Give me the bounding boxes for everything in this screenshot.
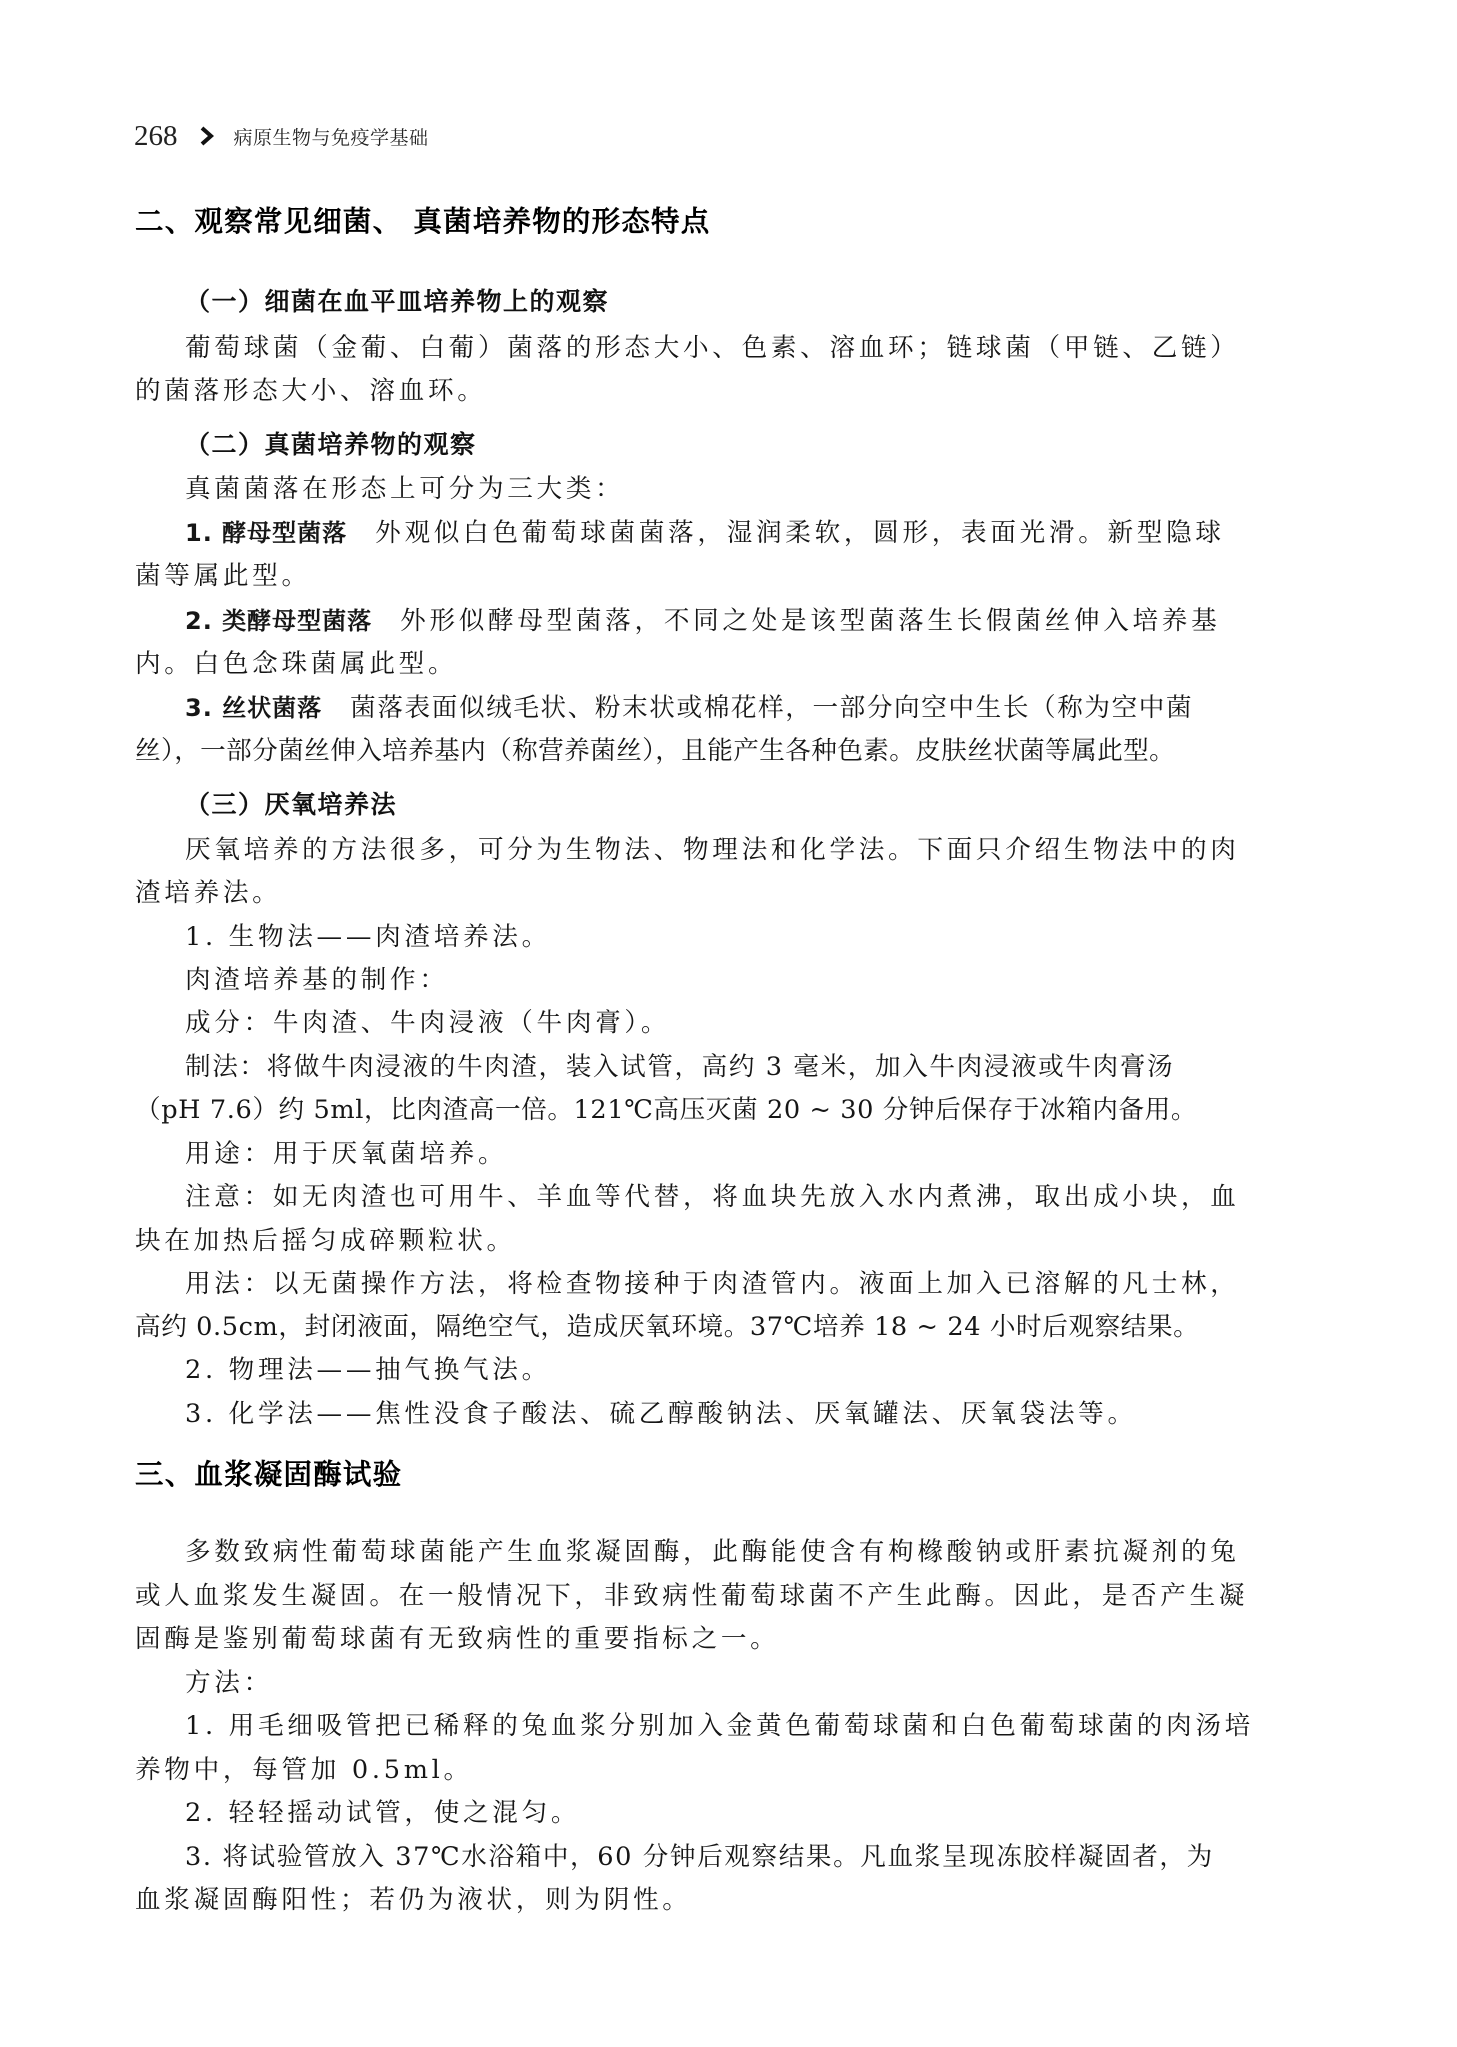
paragraph-line: 血浆凝固酶阳性；若仍为液状，则为阴性。 (135, 1880, 1257, 1920)
paragraph-line: 肉渣培养基的制作： (185, 960, 1257, 1000)
list-term: 3. 丝状菌落 (185, 694, 322, 722)
list-term: 1. 酵母型菌落 (185, 519, 347, 547)
section-heading-2: 二、观察常见细菌、 真菌培养物的形态特点 (135, 202, 710, 242)
paragraph-line: 2. 轻轻摇动试管，使之混匀。 (185, 1793, 1257, 1833)
paragraph-line: 制法：将做牛肉浸液的牛肉渣，装入试管，高约 3 毫米，加入牛肉浸液或牛肉膏汤 (185, 1047, 1257, 1087)
paragraph-line: （pH 7.6）约 5ml，比肉渣高一倍。121℃高压灭菌 20 ~ 30 分钟… (135, 1090, 1257, 1130)
list-item-yeast: 1. 酵母型菌落外观似白色葡萄球菌菌落，湿润柔软，圆形，表面光滑。新型隐球 (185, 513, 1257, 553)
paragraph-line: 固酶是鉴别葡萄球菌有无致病性的重要指标之一。 (135, 1619, 1257, 1659)
list-item-filamentous: 3. 丝状菌落菌落表面似绒毛状、粉末状或棉花样，一部分向空中生长（称为空中菌 (185, 688, 1257, 728)
paragraph-line: 菌等属此型。 (135, 556, 1257, 596)
paragraph-line: 方法： (185, 1663, 1257, 1703)
paragraph-line: 块在加热后摇匀成碎颗粒状。 (135, 1221, 1257, 1261)
paragraph-line: 葡萄球菌（金葡、白葡）菌落的形态大小、色素、溶血环；链球菌（甲链、乙链） (185, 328, 1257, 368)
paragraph-line: 高约 0.5cm，封闭液面，隔绝空气，造成厌氧环境。37℃培养 18 ~ 24 … (135, 1307, 1257, 1347)
document-page: 268 病原生物与免疫学基础 二、观察常见细菌、 真菌培养物的形态特点 （一）细… (0, 0, 1457, 2047)
paragraph-line: 渣培养法。 (135, 873, 1257, 913)
paragraph-line: 注意：如无肉渣也可用牛、羊血等代替，将血块先放入水内煮沸，取出成小块，血 (185, 1177, 1257, 1217)
paragraph-line: 3. 将试验管放入 37℃水浴箱中，60 分钟后观察结果。凡血浆呈现冻胶样凝固者… (185, 1837, 1257, 1877)
subsection-heading-2: （二）真菌培养物的观察 (185, 425, 477, 465)
paragraph-line: 内。白色念珠菌属此型。 (135, 644, 1257, 684)
section-heading-3: 三、血浆凝固酶试验 (135, 1455, 402, 1495)
paragraph-line: 厌氧培养的方法很多，可分为生物法、物理法和化学法。下面只介绍生物法中的肉 (185, 830, 1257, 870)
book-title: 病原生物与免疫学基础 (234, 123, 429, 150)
paragraph-line: 用途：用于厌氧菌培养。 (185, 1134, 1257, 1174)
paragraph-line: 3. 化学法——焦性没食子酸法、硫乙醇酸钠法、厌氧罐法、厌氧袋法等。 (185, 1394, 1257, 1434)
chevron-right-icon (200, 126, 214, 146)
running-head: 268 病原生物与免疫学基础 (134, 118, 429, 154)
paragraph-line: 真菌菌落在形态上可分为三大类： (185, 469, 1257, 509)
paragraph-line: 丝），一部分菌丝伸入培养基内（称营养菌丝），且能产生各种色素。皮肤丝状菌等属此型… (135, 731, 1257, 771)
paragraph-line: 1. 生物法——肉渣培养法。 (185, 917, 1257, 957)
list-text: 外形似酵母型菌落，不同之处是该型菌落生长假菌丝伸入培养基 (400, 606, 1220, 636)
paragraph-line: 1. 用毛细吸管把已稀释的兔血浆分别加入金黄色葡萄球菌和白色葡萄球菌的肉汤培 (185, 1706, 1257, 1746)
paragraph-line: 养物中，每管加 0.5ml。 (135, 1750, 1257, 1790)
paragraph-line: 多数致病性葡萄球菌能产生血浆凝固酶，此酶能使含有枸橼酸钠或肝素抗凝剂的兔 (185, 1532, 1257, 1572)
paragraph-line: 用法：以无菌操作方法，将检查物接种于肉渣管内。液面上加入已溶解的凡士林， (185, 1264, 1257, 1304)
list-term: 2. 类酵母型菌落 (185, 607, 372, 635)
list-text: 菌落表面似绒毛状、粉末状或棉花样，一部分向空中生长（称为空中菌 (350, 693, 1193, 723)
list-text: 外观似白色葡萄球菌菌落，湿润柔软，圆形，表面光滑。新型隐球 (375, 518, 1225, 548)
subsection-heading-3: （三）厌氧培养法 (185, 785, 397, 825)
page-number: 268 (134, 120, 178, 153)
list-item-yeast-like: 2. 类酵母型菌落外形似酵母型菌落，不同之处是该型菌落生长假菌丝伸入培养基 (185, 601, 1257, 641)
paragraph-line: 的菌落形态大小、溶血环。 (135, 371, 1257, 411)
subsection-heading-1: （一）细菌在血平皿培养物上的观察 (185, 282, 609, 322)
paragraph-line: 或人血浆发生凝固。在一般情况下，非致病性葡萄球菌不产生此酶。因此，是否产生凝 (135, 1576, 1257, 1616)
paragraph-line: 成分：牛肉渣、牛肉浸液（牛肉膏）。 (185, 1003, 1257, 1043)
paragraph-line: 2. 物理法——抽气换气法。 (185, 1350, 1257, 1390)
